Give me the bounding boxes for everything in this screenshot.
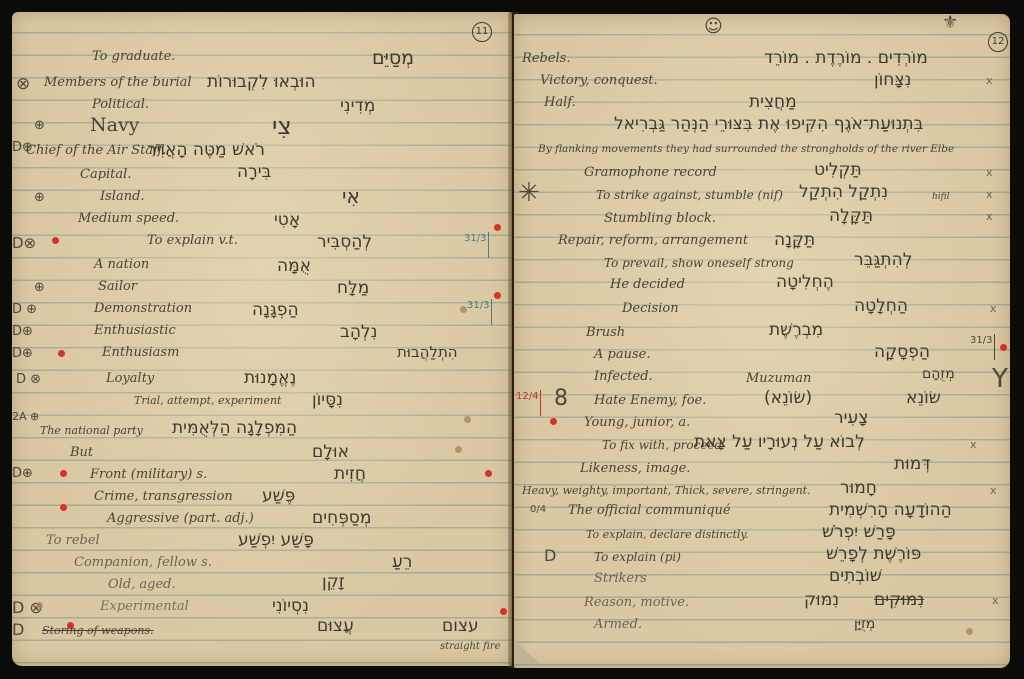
entry-english: The official communiqué: [568, 502, 731, 520]
red-dot-marker: [1000, 344, 1007, 351]
x-mark: x: [986, 74, 993, 87]
entry-hebrew: מְדִינִי: [340, 96, 375, 116]
red-dot-marker: [60, 504, 67, 511]
entry-english: Experimental: [100, 598, 189, 616]
margin-mark: D ⊗: [16, 372, 41, 387]
entry-english: Repair, reform, arrangement: [558, 232, 748, 250]
entry-hebrew: שׁוֹבְתִים: [829, 566, 882, 586]
entry-english: Trial, attempt, experiment: [134, 392, 281, 410]
entry-hebrew: לְהִתְגַּבֵּר: [854, 250, 912, 270]
entry-hebrew: נִסָּיוֹן: [312, 390, 343, 410]
entry-hebrew: לְהַסְבִּיר: [317, 232, 372, 252]
entry-english: Front (military) s.: [90, 466, 207, 484]
entry-hebrew: הַחְלָטָה: [854, 296, 908, 316]
x-mark: x: [990, 484, 997, 497]
entry-hebrew: מְזֻהָם: [922, 364, 955, 384]
review-date: 31/3: [467, 299, 492, 325]
entry-english: Old, aged.: [108, 576, 176, 594]
entry-english: Heavy, weighty, important, Thick, severe…: [522, 482, 811, 500]
entry-hebrew: תַּקָּלָה: [829, 206, 873, 226]
red-dot-marker: [60, 470, 67, 477]
entry-hebrew: זָקֵן: [322, 572, 345, 592]
entry-hebrew-alt: עצום: [442, 616, 479, 636]
entry-english: Armed.: [594, 616, 642, 634]
review-date: 12/4: [516, 390, 541, 416]
branch-doodle-icon: Y: [992, 364, 1008, 394]
entry-hebrew: תַּקָּנָה: [774, 230, 815, 250]
entry-hebrew: נֶאֱמָנוּת: [244, 368, 296, 388]
margin-mark: ⊗: [16, 74, 30, 94]
entry-english: Rebels.: [522, 50, 570, 68]
entry-english: A nation: [94, 256, 149, 274]
right-page: ☺ ⚜ 12 Rebels. מוֹרְדִים . מוֹרֶדֶת . מו…: [514, 14, 1010, 668]
entry-english: Chief of the Air Staff.: [26, 142, 166, 160]
entry-hebrew: אוּלָם: [312, 442, 349, 462]
entry-hebrew: פֶּשַׁע: [262, 486, 295, 506]
margin-mark: 0/4: [530, 504, 546, 515]
entry-hebrew: נִלְהָב: [340, 322, 377, 342]
red-dot-marker: [494, 224, 501, 231]
entry-english: To explain, declare distinctly.: [586, 526, 749, 544]
paper-stain: [460, 306, 467, 313]
entry-english: Victory, conquest.: [540, 72, 658, 90]
entry-hebrew: מְזֻיָּן: [854, 614, 875, 634]
annotation-note: straight fire: [440, 638, 501, 656]
entry-english: Enthusiasm: [102, 344, 179, 362]
entry-english: Hate Enemy, foe.: [594, 392, 706, 410]
entry-english: Enthusiastic: [94, 322, 176, 340]
entry-english: He decided: [610, 276, 685, 294]
entry-hebrew: הֶחְלִיטָה: [776, 272, 834, 292]
entry-english: Medium speed.: [78, 210, 179, 228]
entry-english: Aggressive (part. adj.): [107, 510, 254, 528]
annotation-note: Muzuman: [746, 370, 811, 388]
entry-english: Island.: [100, 188, 145, 206]
entry-hebrew: נִצָּחוֹן: [874, 70, 911, 90]
margin-mark: 8: [554, 386, 568, 411]
red-dot-marker: [500, 608, 507, 615]
entry-hebrew: פָּשַׁע יִפְשַׁע: [238, 530, 314, 550]
entry-english: Companion, fellow s.: [74, 554, 212, 572]
red-dot-marker: [494, 292, 501, 299]
entry-hebrew: מַלָּח: [337, 278, 369, 298]
entry-hebrew: חֲזִית: [334, 464, 366, 484]
entry-hebrew: הַהוֹדָעָה הָרִשְׁמִית: [829, 500, 952, 520]
entry-hebrew: צִי: [272, 116, 292, 136]
entry-hebrew: מְסַפְּחִים: [312, 508, 371, 528]
entry-english: To prevail, show oneself strong: [604, 254, 794, 272]
entry-english: Capital.: [80, 166, 131, 184]
entry-english: Sailor: [98, 278, 137, 296]
entry-hebrew-struck: נִמּוּקִים: [874, 590, 924, 610]
margin-mark: D⊕: [12, 466, 33, 481]
red-dot-marker: [52, 237, 59, 244]
margin-mark: ⊕: [34, 118, 45, 133]
entry-hebrew: הִתְלַהֲבוּת: [397, 342, 458, 362]
review-date: 31/3: [464, 232, 489, 258]
notebook-spread: 11 To graduate. מְסַיֵּם ⊗ Members of th…: [0, 0, 1024, 679]
red-dot-marker: [485, 470, 492, 477]
entry-english: Brush: [586, 324, 625, 342]
annotation-note: hifil: [932, 188, 950, 206]
entry-english: Decision: [622, 300, 679, 318]
entry-english: Gramophone record: [584, 164, 717, 182]
entry-english: Likeness, image.: [580, 460, 690, 478]
entry-hebrew: מַחֲצִית: [749, 92, 797, 112]
entry-hebrew: הַמִּפְלָגָה הַלְּאֻמִּית: [172, 418, 297, 438]
entry-english: Storing of weapons.: [42, 622, 154, 640]
entry-hebrew: לְבוֹא עַל נְעוּרָיו עַל צָאת: [694, 432, 865, 452]
entry-hebrew: אֻמָּה: [277, 256, 311, 276]
entry-hebrew: אִי: [342, 186, 360, 206]
entry-hebrew: צָעִיר: [834, 408, 868, 428]
entry-english: Demonstration: [94, 300, 192, 318]
entry-hebrew: אָטִי: [274, 210, 300, 230]
entry-hebrew-sentence: בִּתְנוּעַת־אֹגֶף הִקִּיפוּ אֶת בִּצּוּר…: [614, 114, 923, 134]
entry-english: Infected.: [594, 368, 653, 386]
x-mark: x: [986, 166, 993, 179]
margin-mark: D: [544, 546, 556, 565]
red-dot-marker: [550, 418, 557, 425]
entry-hebrew: תַּקְלִיט: [814, 160, 862, 180]
entry-hebrew: הַפְסָקָה: [874, 342, 930, 362]
margin-mark: D: [12, 620, 24, 639]
entry-hebrew: מְסַיֵּם: [372, 48, 414, 68]
page-number: 11: [472, 22, 492, 42]
x-mark: x: [986, 210, 993, 223]
entry-english: Crime, transgression: [94, 488, 233, 506]
entry-hebrew: נִסְיוֹנִי: [272, 596, 309, 616]
margin-mark: 2A ⊕: [12, 410, 39, 423]
entry-hebrew: חָמוּר: [840, 478, 877, 498]
entry-english: Navy: [90, 116, 139, 134]
page-number: 12: [988, 32, 1008, 52]
review-date: 31/3: [970, 334, 995, 360]
x-mark: x: [970, 438, 977, 451]
entry-hebrew: הוּבְאוּ לִקְבוּרוֹת: [207, 72, 316, 92]
entry-hebrew: רֵעַ: [392, 552, 412, 572]
entry-english: Strikers: [594, 570, 647, 588]
entry-english: To rebel: [46, 532, 100, 550]
entry-hebrew: הַפְגָּנָה: [252, 300, 299, 320]
entry-english: Political.: [92, 96, 149, 114]
entry-hebrew: נִמּוּק: [804, 590, 839, 610]
folded-corner: [514, 640, 540, 664]
entry-hebrew: מִבְרֶשֶׁת: [769, 320, 823, 340]
entry-hebrew: בִּירָה: [237, 162, 271, 182]
entry-english: Stumbling block.: [604, 210, 716, 228]
entry-english: A pause.: [594, 346, 650, 364]
left-page: 11 To graduate. מְסַיֵּם ⊗ Members of th…: [12, 12, 512, 666]
x-mark: x: [986, 188, 993, 201]
entry-english: To explain (pi): [594, 548, 681, 566]
margin-mark: D⊗: [12, 234, 36, 252]
paper-stain: [966, 628, 973, 635]
margin-mark: D ⊕: [12, 302, 37, 317]
doodle-icon: ☺: [704, 16, 723, 37]
entry-hebrew: עֲצוּם: [317, 616, 354, 636]
paper-stain: [36, 602, 43, 609]
entry-english: To graduate.: [92, 48, 175, 66]
entry-hebrew: (שׂוֹנֵא): [764, 388, 812, 408]
margin-mark: D⊕: [12, 324, 33, 339]
margin-mark: D⊕: [12, 346, 33, 361]
entry-english: Half.: [544, 94, 576, 112]
asterisk-mark: ✳: [518, 178, 540, 208]
paper-stain: [455, 446, 462, 453]
entry-english: To strike against, stumble (nif): [596, 186, 783, 204]
margin-mark: ⊕: [34, 190, 45, 205]
x-mark: x: [990, 302, 997, 315]
entry-english: To explain v.t.: [147, 232, 238, 250]
entry-english: But: [70, 444, 93, 462]
entry-hebrew: פָּרַשׁ יִפְרֹשׁ: [822, 522, 896, 542]
entry-hebrew-alt: שׂוֹנֵא: [906, 388, 941, 408]
entry-english: Reason, motive.: [584, 594, 689, 612]
entry-english: Loyalty: [106, 370, 154, 388]
entry-hebrew: פּוֹרֶשֶׁת לְפָרֵשׁ: [826, 544, 921, 564]
x-mark: x: [992, 594, 999, 607]
entry-english-sentence: By flanking movements they had surrounde…: [538, 140, 954, 158]
paper-stain: [464, 416, 471, 423]
red-dot-marker: [58, 350, 65, 357]
entry-hebrew: דְּמוּת: [894, 454, 931, 474]
entry-hebrew: נִתְקַל הִתְקַל: [799, 182, 888, 202]
entry-english: Young, junior, a.: [584, 414, 690, 432]
margin-mark: ⊕: [34, 280, 45, 295]
entry-english: Members of the burial: [44, 74, 192, 92]
entry-hebrew: מוֹרְדִים . מוֹרֶדֶת . מוֹרֵד: [764, 48, 928, 68]
doodle-icon: ⚜: [942, 12, 958, 33]
entry-english: The national party: [40, 422, 143, 440]
entry-hebrew: רֹאשׁ מַטֶּה הָאֲוִיר: [147, 140, 265, 160]
